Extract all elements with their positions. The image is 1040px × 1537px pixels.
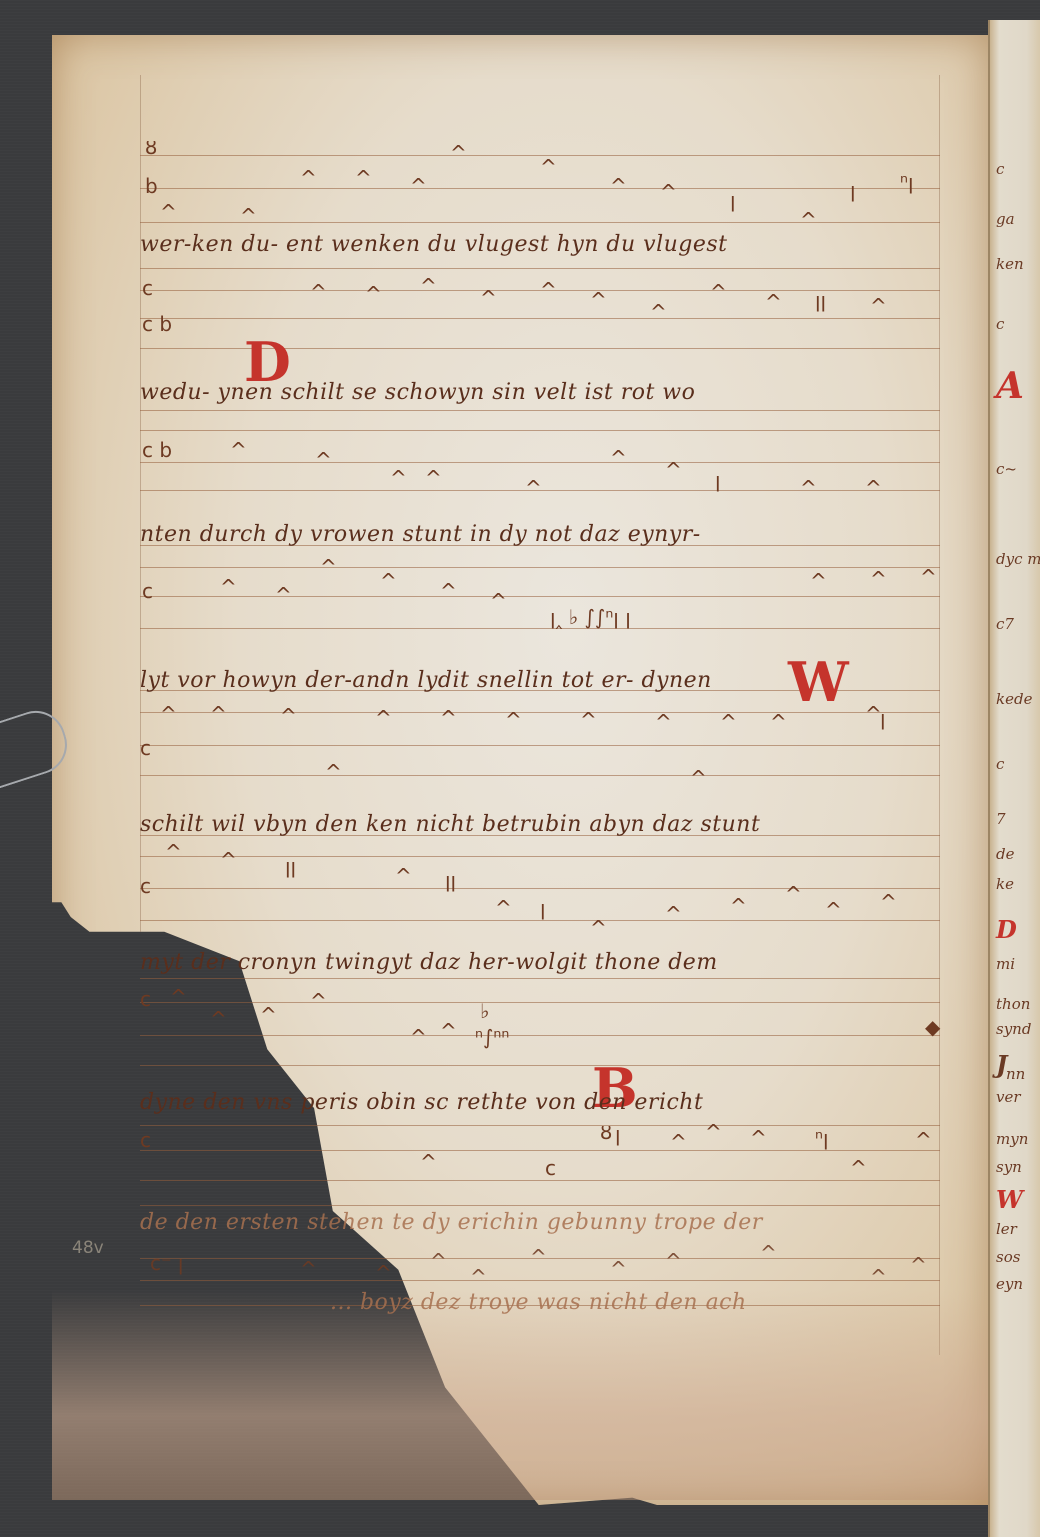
neume-row: ^ ^ ^ ^ ^ ^ ^ ^ ^ ^ ^ ꞁ c ^ ^ — [150, 702, 950, 742]
text-line-4: lyt vor howyn der-andn lydit snellin tot… — [140, 668, 960, 693]
folio-number: 48v — [72, 1238, 104, 1258]
facing-red-initial: A — [996, 365, 1024, 407]
text-line-6: myt der cronyn twingyt daz her-wolgit th… — [140, 950, 960, 975]
neume-row: c⁻ ꞁ ^ ^ ^ ^ ^ ^ ^ ^ ^ ^ — [150, 1245, 950, 1285]
neume-row: c ^ ^ ^ ^ ^ ^ ꞁ‸ ♭ ∫∫ⁿꞁ ꞁ ^ ^ ^ — [150, 555, 950, 595]
text-line-5: schilt wil vbyn den ken nicht betrubin a… — [140, 812, 960, 837]
neume-row: ^ ^ ꞁꞁ ^ ꞁꞁ c ^ ꞁ ^ ^ ^ ^ ^ ^ — [150, 840, 950, 880]
text-line-1: wer-ken du- ent wenken du vlugest hyn du… — [140, 232, 960, 257]
text-line-9: ... boyz dez troye was nicht den ach — [330, 1290, 1040, 1315]
neume-row: c b ^ ^ ^ ^ ^ ^ ^ ꞁ ^ ^ — [150, 430, 950, 470]
margin-rule-left — [140, 75, 141, 1355]
text-line-7: dyne den vns peris obin sc rethte von de… — [140, 1090, 960, 1115]
text-line-8: de den ersten stehen te dy erichin gebun… — [140, 1210, 960, 1235]
neume-row: c ^ ^ ^ ^ ^ ^ ♭ ⁿ∫ⁿⁿ ◆ — [150, 985, 950, 1025]
text-line-2: wedu- ynen schilt se schowyn sin velt is… — [140, 380, 960, 405]
facing-page-edge: c ga ken c A c~ dyc m c7 kede c 7 de ke … — [988, 20, 1040, 1537]
neume-row: c ȣ ꞁ ^ ^ ^ ⁿꞁ ^ ^ c ^ — [150, 1120, 950, 1160]
neume-row: b ^ ^ ^ ^ ^ ꞁ ꞁ ⁿꞁ ^ ^ ^ — [150, 160, 950, 200]
neume-row: c ^ ^ ^ ^ ^ ^ ^ ^ ^ ꞁꞁ ^ c b — [150, 272, 950, 312]
text-line-3: nten durch dy vrowen stunt in dy not daz… — [140, 522, 960, 547]
